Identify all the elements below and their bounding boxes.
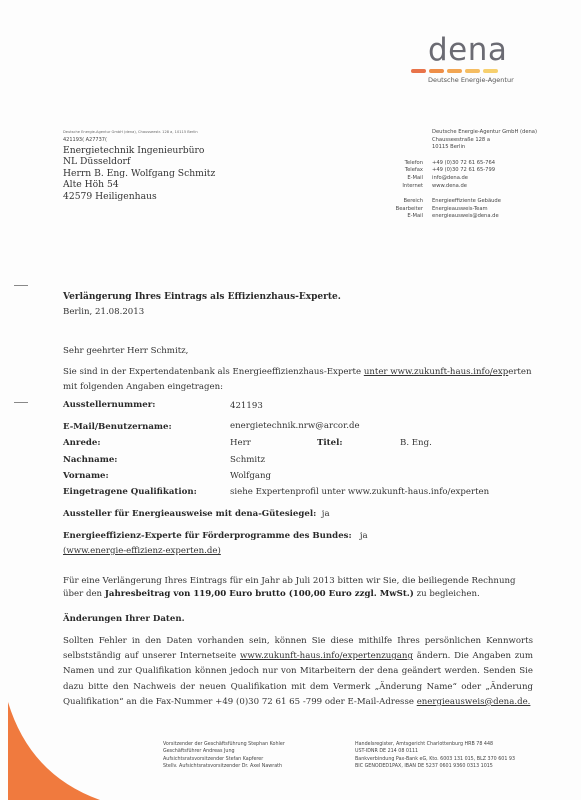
changes-paragraph: Sollten Fehler in den Daten vorhanden se… xyxy=(63,634,533,710)
info-label: Telefax xyxy=(395,167,432,175)
anrede-value: Herr xyxy=(230,438,251,448)
changes-heading: Änderungen Ihrer Daten. xyxy=(63,614,185,624)
phone-value: +49 (0)30 72 61 65-764 xyxy=(432,160,495,168)
salutation: Sehr geehrter Herr Schmitz, xyxy=(63,346,188,356)
titel-value: B. Eng. xyxy=(400,438,432,448)
info-label: E-Mail xyxy=(395,175,432,183)
logo-bar xyxy=(465,69,480,73)
recipient-address: Energietechnik Ingenieurbüro NL Düsseldo… xyxy=(63,145,215,202)
titel-label: Titel: xyxy=(317,438,343,448)
intro-paragraph: Sie sind in der Expertendatenbank als En… xyxy=(63,365,533,394)
info-label: Telefon xyxy=(395,160,432,168)
sender-street: Chausseestraße 128 a xyxy=(432,137,490,145)
guetesiegel-label: Aussteller für Energieausweise mit dena-… xyxy=(63,509,316,519)
foerder-value: ja xyxy=(360,531,368,541)
info-label: E-Mail xyxy=(395,213,432,221)
logo-bar xyxy=(411,69,426,73)
address-line: NL Düsseldorf xyxy=(63,156,215,167)
guetesiegel-value: ja xyxy=(322,509,330,519)
address-line: Energietechnik Ingenieurbüro xyxy=(63,145,215,156)
letter-subject: Verlängerung Ihres Eintrags als Effizien… xyxy=(63,292,341,302)
fax-value: +49 (0)30 72 61 65-799 xyxy=(432,167,495,175)
letter-date: Berlin, 21.08.2013 xyxy=(63,307,144,317)
footer-registry: Handelsregister, Amtsgericht Charlottenb… xyxy=(355,741,515,771)
ausstellernummer-label: Ausstellernummer: xyxy=(63,400,155,410)
handler-value: Energieausweis-Team xyxy=(432,206,488,214)
energie-effizienz-experten-link[interactable]: (www.energie-effizienz-experten.de) xyxy=(63,546,221,556)
sender-return-line: Deutsche Energie-Agentur GmbH (dena), Ch… xyxy=(63,130,198,134)
email-field-value: energietechnik.nrw@arcor.de xyxy=(230,421,360,431)
qualifikation-value: siehe Expertenprofil unter www.zukunft-h… xyxy=(230,487,489,497)
info-label: Bearbeiter xyxy=(395,206,432,214)
address-line: 42579 Heiligenhaus xyxy=(63,191,215,202)
department-email-value: energieausweis@dena.de xyxy=(432,213,499,221)
sender-city: 10115 Berlin xyxy=(432,144,465,152)
expert-database-link[interactable]: unter www.zukunft-haus.info/exp xyxy=(364,367,508,377)
website-value: www.dena.de xyxy=(432,183,467,191)
fold-mark xyxy=(14,402,28,403)
anrede-label: Anrede: xyxy=(63,438,101,448)
foerder-label: Energieeffizienz-Experte für Förderprogr… xyxy=(63,531,352,541)
address-line: Alte Höh 54 xyxy=(63,179,215,190)
email-label: E-Mail/Benutzername: xyxy=(63,422,172,432)
email-value: info@dena.de xyxy=(432,175,468,183)
annual-fee: Jahresbeitrag von 119,00 Euro brutto (10… xyxy=(105,589,414,599)
logo-subtitle: Deutsche Energie-Agentur xyxy=(428,76,514,84)
footer-management: Vorsitzender der Geschäftsführung Stepha… xyxy=(163,741,285,771)
logo-bar xyxy=(429,69,444,73)
qualifikation-label: Eingetragene Qualifikation: xyxy=(63,487,197,497)
nachname-label: Nachname: xyxy=(63,455,117,465)
logo-bar xyxy=(447,69,462,73)
guetesiegel-row: Aussteller für Energieausweise mit dena-… xyxy=(63,509,330,519)
logo-color-bars xyxy=(411,69,498,73)
energieausweis-email-link[interactable]: energieausweis@dena.de. xyxy=(417,697,531,707)
ausstellernummer-value: 421193 xyxy=(230,401,263,411)
vorname-label: Vorname: xyxy=(63,471,109,481)
info-label: Bereich xyxy=(395,198,432,206)
foerder-row: Energieeffizienz-Experte für Förderprogr… xyxy=(63,531,368,541)
logo-wordmark: dena xyxy=(428,36,507,64)
renewal-paragraph: Für eine Verlängerung Ihres Eintrags für… xyxy=(63,575,533,601)
sender-info-block: Deutsche Energie-Agentur GmbH (dena) Cha… xyxy=(395,129,537,221)
vorname-value: Wolfgang xyxy=(230,471,271,481)
sender-company: Deutsche Energie-Agentur GmbH (dena) xyxy=(432,129,537,137)
nachname-value: Schmitz xyxy=(230,455,265,465)
logo-bar xyxy=(483,69,498,73)
info-label: Internet xyxy=(395,183,432,191)
address-line: Herrn B. Eng. Wolfgang Schmitz xyxy=(63,168,215,179)
department-value: Energieeffiziente Gebäude xyxy=(432,198,501,206)
expertenzugang-link[interactable]: www.zukunft-haus.info/expertenzugang xyxy=(240,651,413,661)
fold-mark xyxy=(14,285,28,286)
reference-number: 421193( A27737( xyxy=(63,137,107,143)
orange-corner-decoration xyxy=(0,700,110,800)
